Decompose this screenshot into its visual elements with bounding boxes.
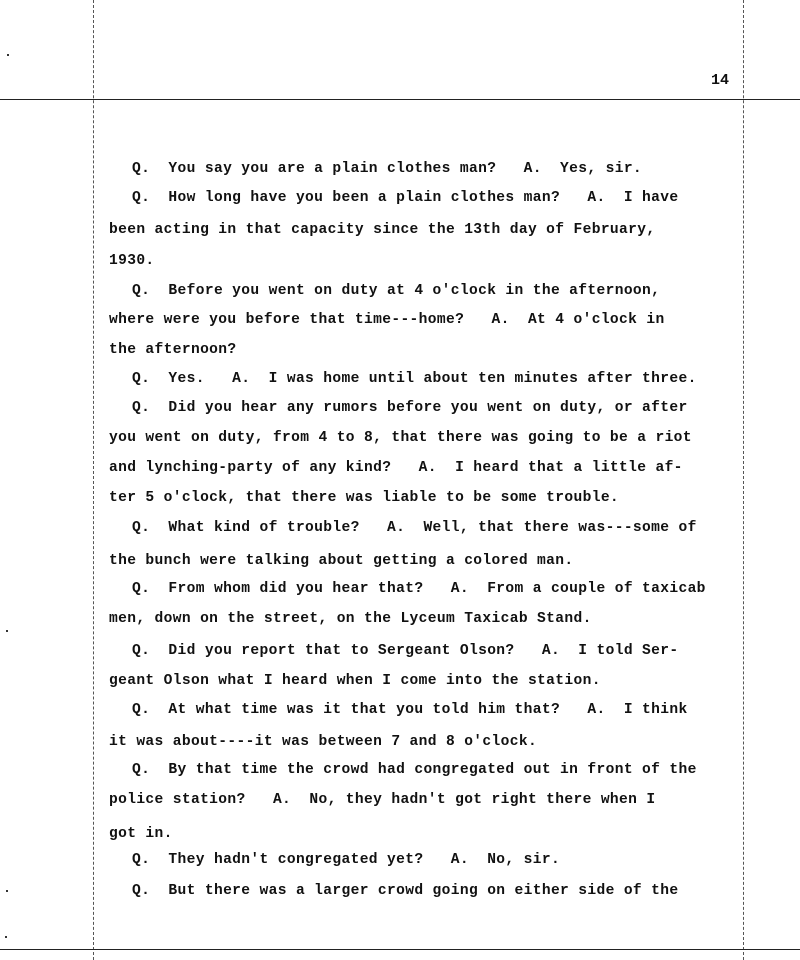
transcript-line: ter 5 o'clock, that there was liable to … <box>109 490 619 506</box>
transcript-line: Q. From whom did you hear that? A. From … <box>132 581 706 597</box>
transcript-line: Q. By that time the crowd had congregate… <box>132 762 697 778</box>
transcript-line: men, down on the street, on the Lyceum T… <box>109 611 592 627</box>
transcript-line: you went on duty, from 4 to 8, that ther… <box>109 430 692 446</box>
transcript-line: Q. At what time was it that you told him… <box>132 702 688 718</box>
transcript-line: Q. Did you report that to Sergeant Olson… <box>132 643 678 659</box>
transcript-line: where were you before that time---home? … <box>109 312 665 328</box>
transcript-line: Q. What kind of trouble? A. Well, that t… <box>132 520 697 536</box>
top-rule <box>0 99 800 100</box>
transcript-line: 1930. <box>109 253 155 269</box>
transcript-line: and lynching-party of any kind? A. I hea… <box>109 460 683 476</box>
page-number: 14 <box>711 72 729 89</box>
transcript-line: got in. <box>109 826 173 842</box>
transcript-line: Q. You say you are a plain clothes man? … <box>132 161 642 177</box>
right-margin-rule <box>743 0 744 960</box>
transcript-line: the bunch were talking about getting a c… <box>109 553 574 569</box>
transcript-line: it was about----it was between 7 and 8 o… <box>109 734 537 750</box>
scan-speck <box>5 936 7 938</box>
transcript-line: been acting in that capacity since the 1… <box>109 222 655 238</box>
transcript-line: Q. Before you went on duty at 4 o'clock … <box>132 283 660 299</box>
scan-speck <box>6 630 8 632</box>
scan-speck <box>7 54 9 56</box>
transcript-line: Q. But there was a larger crowd going on… <box>132 883 678 899</box>
transcript-line: Q. Yes. A. I was home until about ten mi… <box>132 371 697 387</box>
transcript-line: Q. How long have you been a plain clothe… <box>132 190 678 206</box>
scan-speck <box>6 890 8 892</box>
transcript-line: Q. They hadn't congregated yet? A. No, s… <box>132 852 560 868</box>
transcript-line: the afternoon? <box>109 342 237 358</box>
bottom-rule <box>0 949 800 950</box>
transcript-line: geant Olson what I heard when I come int… <box>109 673 601 689</box>
transcript-line: Q. Did you hear any rumors before you we… <box>132 400 688 416</box>
transcript-line: police station? A. No, they hadn't got r… <box>109 792 655 808</box>
left-margin-rule <box>93 0 94 960</box>
